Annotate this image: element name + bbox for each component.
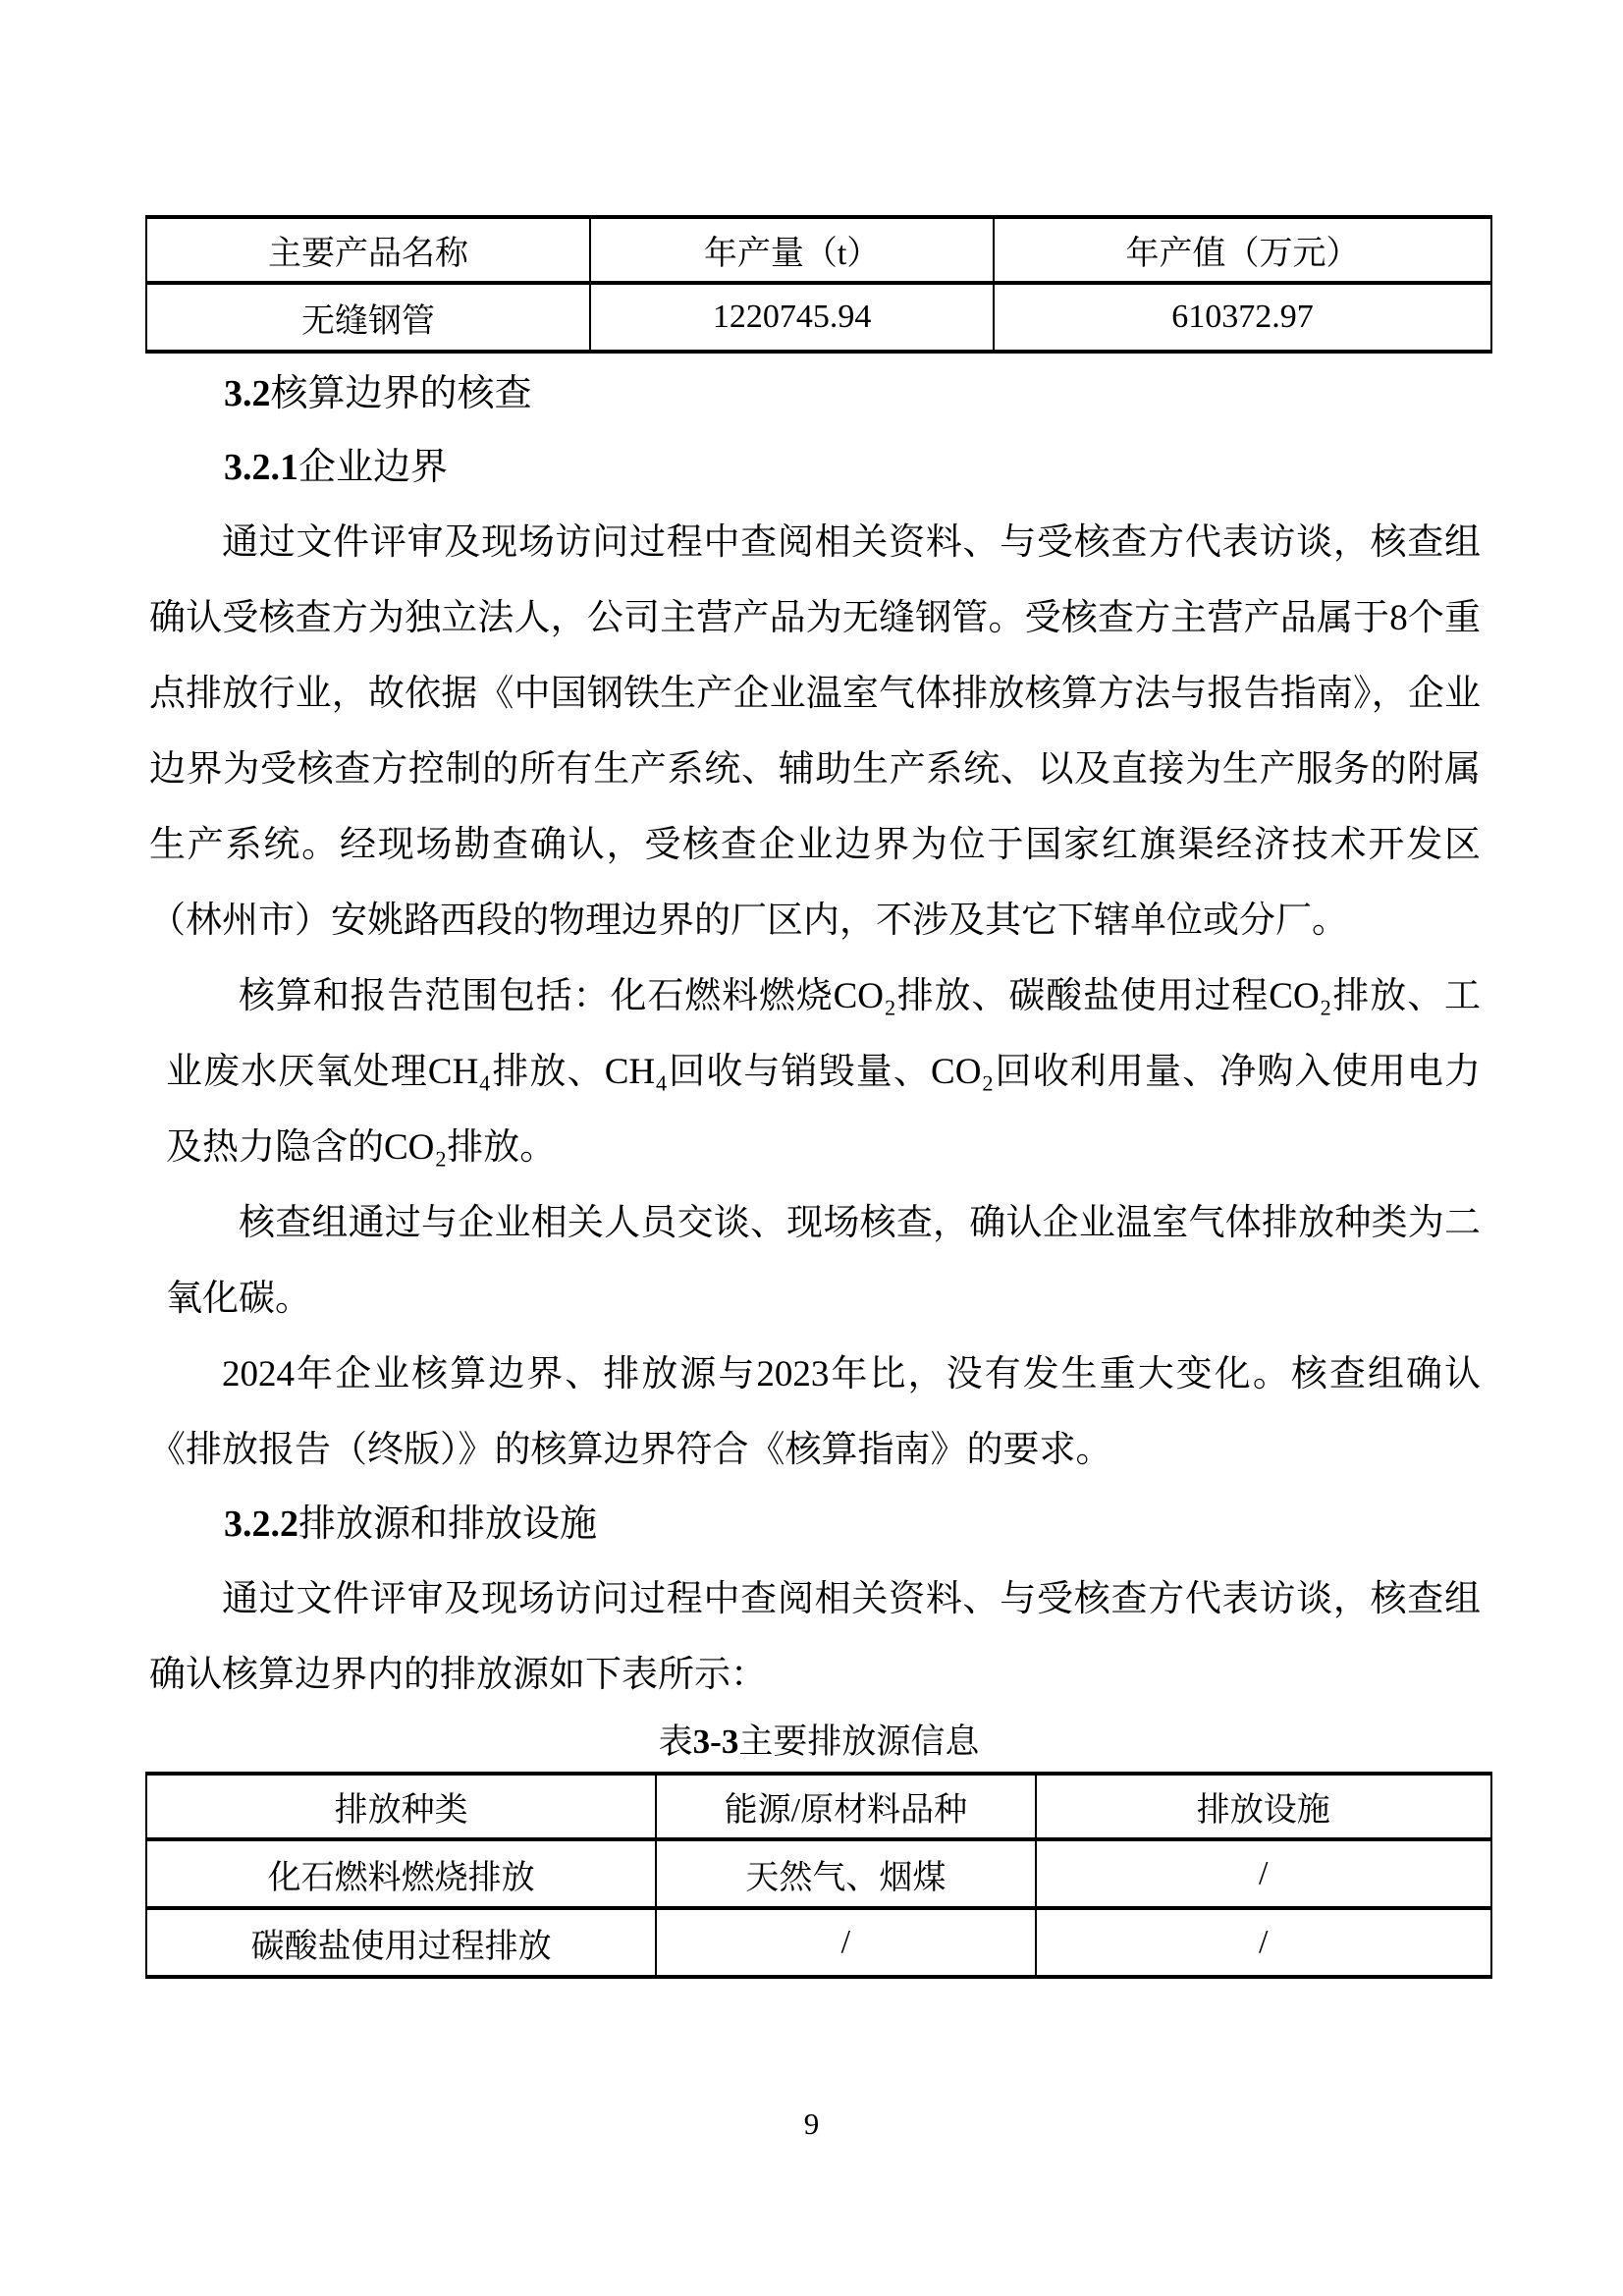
emission-facility-cell: /	[1036, 1908, 1491, 1977]
section-number: 3.2.1	[224, 447, 298, 488]
emission-type-cell: 化石燃料燃烧排放	[146, 1839, 656, 1908]
product-table: 主要产品名称 年产量（t） 年产值（万元） 无缝钢管 1220745.94 61…	[145, 215, 1492, 354]
section-title: 核算边界的核查	[271, 373, 532, 414]
caption-prefix: 表	[659, 1722, 693, 1761]
emission-material-cell: 天然气、烟煤	[656, 1839, 1035, 1908]
document-page: 主要产品名称 年产量（t） 年产值（万元） 无缝钢管 1220745.94 61…	[0, 0, 1623, 2296]
emission-table-header-row: 排放种类 能源/原材料品种 排放设施	[146, 1774, 1491, 1839]
paragraph-accounting-scope: 核算和报告范围包括：化石燃料燃烧CO₂排放、碳酸盐使用过程CO₂排放、工业废水厌…	[166, 958, 1481, 1185]
product-name-cell: 无缝钢管	[146, 283, 590, 352]
emission-table-row-fossil: 化石燃料燃烧排放 天然气、烟煤 /	[146, 1839, 1491, 1908]
product-table-row: 无缝钢管 1220745.94 610372.97	[146, 283, 1491, 352]
section-heading-3-2: 3.2核算边界的核查	[149, 357, 1481, 431]
emission-type-cell: 碳酸盐使用过程排放	[146, 1908, 656, 1977]
paragraph-boundary-change: 2024年企业核算边界、排放源与2023年比，没有发生重大变化。核查组确认《排放…	[149, 1337, 1481, 1488]
emission-table-caption: 表3-3主要排放源信息	[145, 1713, 1492, 1772]
page-number: 9	[0, 2105, 1623, 2144]
section-title: 企业边界	[298, 447, 448, 488]
paragraph-ghg-type: 核查组通过与企业相关人员交谈、现场核查，确认企业温室气体排放种类为二氧化碳。	[166, 1185, 1481, 1337]
emission-table-header-type: 排放种类	[146, 1774, 656, 1839]
product-table-header-name: 主要产品名称	[146, 217, 590, 283]
section-number: 3.2	[224, 373, 271, 414]
paragraph-enterprise-boundary: 通过文件评审及现场访问过程中查阅相关资料、与受核查方代表访谈，核查组确认受核查方…	[149, 505, 1481, 958]
emission-table-header-material: 能源/原材料品种	[656, 1774, 1035, 1839]
page-content: 主要产品名称 年产量（t） 年产值（万元） 无缝钢管 1220745.94 61…	[145, 215, 1492, 1979]
paragraph-emission-sources: 通过文件评审及现场访问过程中查阅相关资料、与受核查方代表访谈，核查组确认核算边界…	[149, 1561, 1481, 1713]
section-title: 排放源和排放设施	[298, 1503, 597, 1545]
emission-table-header-facility: 排放设施	[1036, 1774, 1491, 1839]
emission-material-cell: /	[656, 1908, 1035, 1977]
emission-table-row-carbonate: 碳酸盐使用过程排放 / /	[146, 1908, 1491, 1977]
annual-value-cell: 610372.97	[994, 283, 1491, 352]
product-table-header-output: 年产量（t）	[590, 217, 994, 283]
section-number: 3.2.2	[224, 1503, 298, 1545]
emission-facility-cell: /	[1036, 1839, 1491, 1908]
emission-table: 排放种类 能源/原材料品种 排放设施 化石燃料燃烧排放 天然气、烟煤 / 碳酸盐…	[145, 1772, 1492, 1979]
caption-text: 主要排放源信息	[738, 1722, 979, 1761]
annual-output-cell: 1220745.94	[590, 283, 994, 352]
product-table-header-row: 主要产品名称 年产量（t） 年产值（万元）	[146, 217, 1491, 283]
section-heading-3-2-1: 3.2.1企业边界	[149, 431, 1481, 505]
caption-number: 3-3	[693, 1722, 739, 1761]
section-heading-3-2-2: 3.2.2排放源和排放设施	[149, 1488, 1481, 1561]
product-table-header-value: 年产值（万元）	[994, 217, 1491, 283]
